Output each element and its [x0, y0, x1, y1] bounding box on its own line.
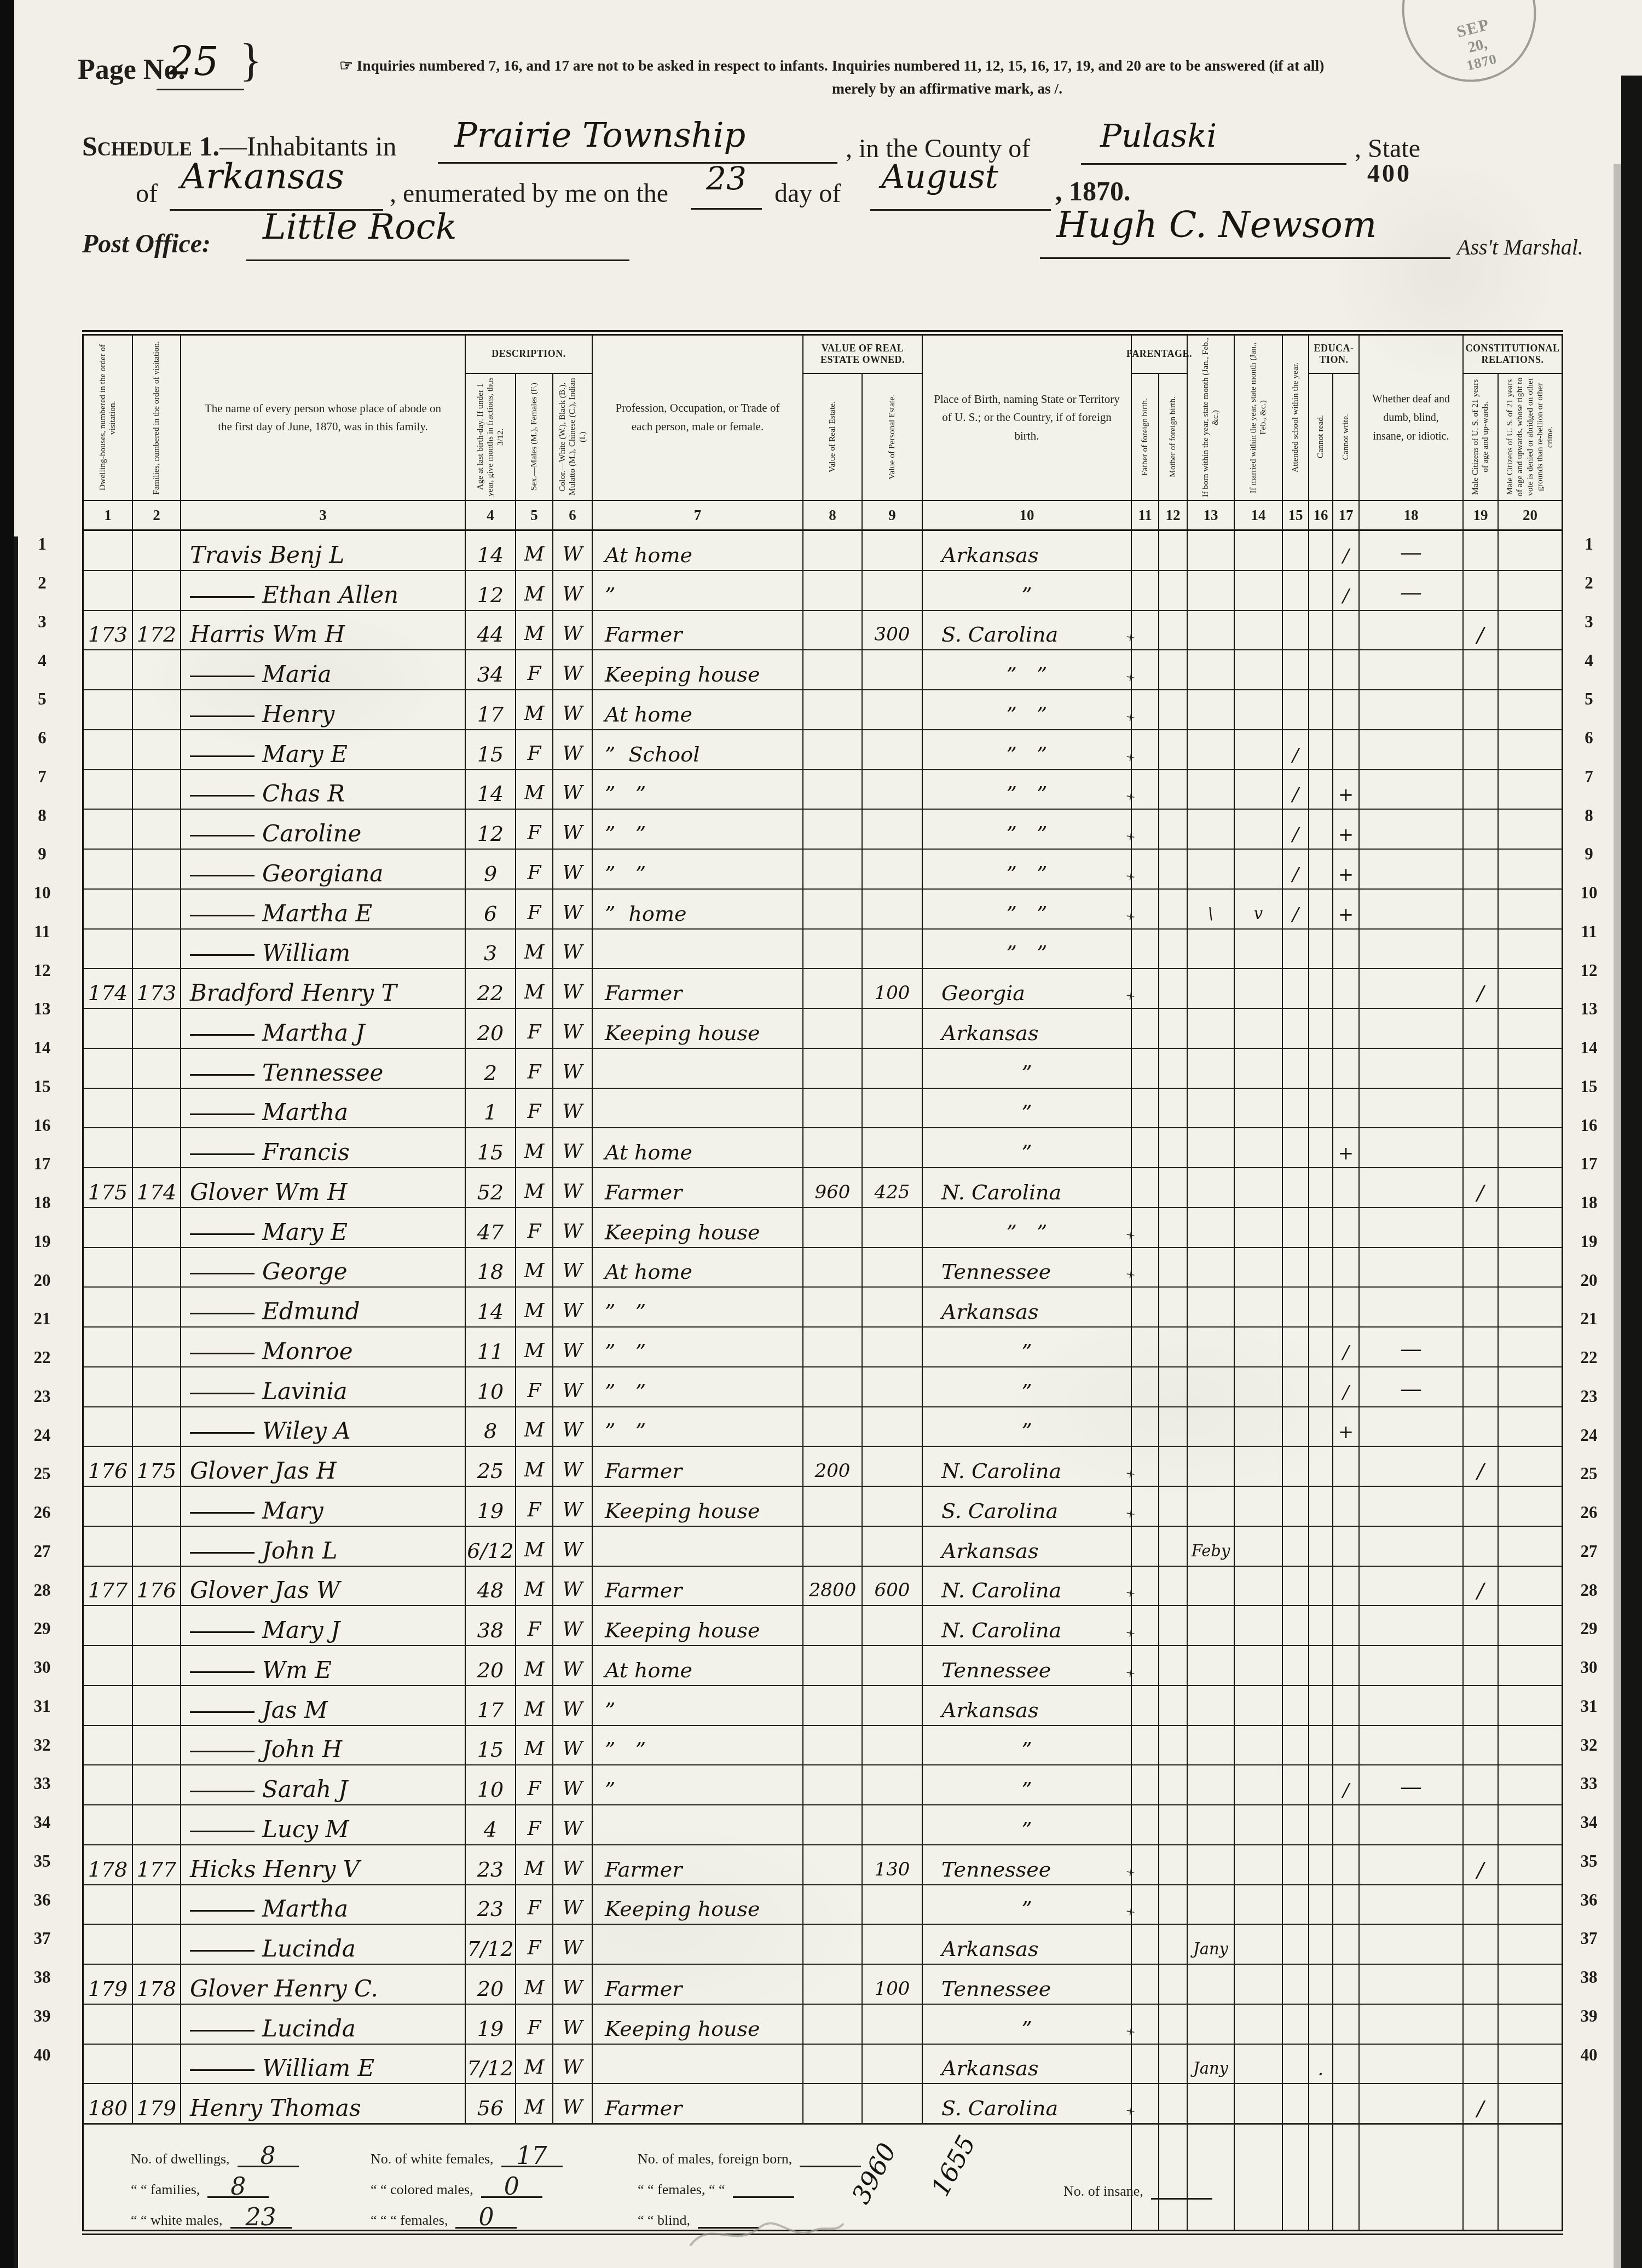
cell-male-citizen-denied: [1498, 571, 1562, 610]
cell-personal-estate: [862, 1765, 922, 1804]
row-number-left: 34: [23, 1813, 61, 1832]
cell-name: Mary E: [180, 730, 465, 769]
cell-attended-school: [1282, 1805, 1308, 1844]
col-header-dwellings: Dwelling-houses, numbered in the order o…: [84, 336, 132, 500]
cell-dwelling: [84, 1726, 132, 1765]
cell-personal-estate: [862, 1646, 922, 1685]
row-number-left: 25: [23, 1464, 61, 1484]
cell-cannot-write: +: [1332, 890, 1358, 928]
cell-male-citizen: [1462, 1407, 1498, 1446]
cell-birthplace: ” ”+: [922, 690, 1131, 729]
column-number: 18: [1358, 501, 1462, 529]
cell-male-citizen: [1462, 2045, 1498, 2084]
column-number: 8: [802, 501, 862, 529]
cell-cannot-read: [1308, 770, 1332, 809]
cell-married-month: [1234, 2005, 1282, 2044]
cell-personal-estate: 100: [862, 969, 922, 1008]
cell-dwelling: [84, 1049, 132, 1088]
cell-dwelling: [84, 690, 132, 729]
ditto-dash: [190, 596, 255, 598]
cell-married-month: [1234, 930, 1282, 968]
cell-sex: M: [515, 1328, 552, 1366]
footer-tally-value: 8: [230, 2180, 246, 2194]
cell-mother-foreign: [1158, 531, 1187, 570]
cell-family: [132, 690, 180, 729]
cell-age: 2: [465, 1049, 515, 1088]
cell-name: Georgiana: [180, 850, 465, 888]
cell-mother-foreign: [1158, 1328, 1187, 1366]
cell-cannot-write: [1332, 1288, 1358, 1326]
cell-mother-foreign: [1158, 1965, 1187, 2004]
cell-birthplace: ”: [922, 1128, 1131, 1167]
table-row: William E7/12MWArkansasJany.: [84, 2045, 1562, 2085]
table-row: Lucy M4FW”: [84, 1805, 1562, 1845]
cell-color: W: [552, 770, 592, 809]
cell-dwelling: [84, 1805, 132, 1844]
ditto-dash: [190, 954, 255, 956]
cell-attended-school: /: [1282, 770, 1308, 809]
cell-cannot-write: +: [1332, 1128, 1358, 1167]
cell-father-foreign: [1131, 930, 1158, 968]
cell-name: Travis Benj L: [180, 531, 465, 570]
cell-born-month: [1187, 2005, 1234, 2044]
row-number-right: 21: [1570, 1309, 1608, 1329]
cell-father-foreign: [1131, 1288, 1158, 1326]
cell-personal-estate: [862, 770, 922, 809]
cell-family: 173: [132, 969, 180, 1008]
row-number-left: 26: [23, 1503, 61, 1522]
cell-cannot-write: [1332, 1726, 1358, 1765]
cell-male-citizen: [1462, 1248, 1498, 1287]
cell-sex: M: [515, 1726, 552, 1765]
footer-tally-item: “ “ families,8: [131, 2167, 366, 2198]
cell-male-citizen: [1462, 571, 1498, 610]
ditto-dash: [190, 1950, 255, 1952]
footer-col: [1462, 2125, 1498, 2230]
row-number-right: 13: [1570, 999, 1608, 1019]
cell-personal-estate: [862, 2005, 922, 2044]
cell-personal-estate: [862, 1288, 922, 1326]
cell-birthplace: ”: [922, 1367, 1131, 1406]
cell-sex: M: [515, 1407, 552, 1446]
cell-sex: M: [515, 1567, 552, 1606]
row-number-right: 31: [1570, 1696, 1608, 1716]
col-header-attended-school: Attended school within the year.: [1282, 336, 1308, 500]
column-number: 2: [132, 501, 180, 529]
row-number-right: 9: [1570, 844, 1608, 864]
cell-born-month: [1187, 1288, 1234, 1326]
cell-married-month: [1234, 1805, 1282, 1844]
cell-occupation: Keeping house: [592, 1208, 802, 1247]
cell-dwelling: [84, 2005, 132, 2044]
cell-color: W: [552, 1367, 592, 1406]
row-number-right: 38: [1570, 1967, 1608, 1987]
cell-name: Maria: [180, 650, 465, 689]
cell-attended-school: [1282, 1328, 1308, 1366]
cell-born-month: [1187, 650, 1234, 689]
cell-color: W: [552, 1288, 592, 1326]
cell-sex: F: [515, 1367, 552, 1406]
column-number: 16: [1308, 501, 1332, 529]
cell-married-month: [1234, 850, 1282, 888]
cell-real-estate: [802, 1407, 862, 1446]
footer-tally-item: “ “ colored males,0: [371, 2167, 633, 2198]
cell-color: W: [552, 650, 592, 689]
cell-deaf-dumb: [1358, 1965, 1462, 2004]
cell-dwelling: [84, 1765, 132, 1804]
row-number-left: 7: [23, 767, 61, 787]
cell-born-month: [1187, 2084, 1234, 2123]
row-number-left: 21: [23, 1309, 61, 1329]
cell-personal-estate: [862, 730, 922, 769]
cell-name: Harris Wm H: [180, 611, 465, 650]
cell-cannot-read: [1308, 2084, 1332, 2123]
cell-family: [132, 1805, 180, 1844]
cell-age: 25: [465, 1447, 515, 1486]
ditto-dash: [190, 795, 255, 797]
cell-mother-foreign: [1158, 1089, 1187, 1128]
table-row: 177176Glover Jas W48MWFarmer2800600N. Ca…: [84, 1567, 1562, 1607]
cell-male-citizen-denied: [1498, 1805, 1562, 1844]
cell-family: [132, 1885, 180, 1924]
cell-deaf-dumb: [1358, 1606, 1462, 1645]
cell-mother-foreign: [1158, 1527, 1187, 1566]
footer-tally-label: No. of white females,: [371, 2151, 494, 2167]
cell-cannot-write: [1332, 1845, 1358, 1884]
cell-family: [132, 571, 180, 610]
cell-cannot-write: [1332, 1168, 1358, 1207]
cell-color: W: [552, 1487, 592, 1526]
cell-dwelling: [84, 1527, 132, 1566]
row-number-right: 27: [1570, 1542, 1608, 1561]
cell-name: Lucinda: [180, 2005, 465, 2044]
cell-family: [132, 930, 180, 968]
cell-color: W: [552, 1845, 592, 1884]
cell-cannot-write: /: [1332, 1765, 1358, 1804]
cell-born-month: [1187, 1367, 1234, 1406]
cell-cannot-write: [1332, 2005, 1358, 2044]
cell-sex: M: [515, 1845, 552, 1884]
cell-deaf-dumb: [1358, 1686, 1462, 1725]
cell-occupation: At home: [592, 531, 802, 570]
cell-sex: F: [515, 1487, 552, 1526]
row-number-right: 5: [1570, 689, 1608, 709]
cell-cannot-write: [1332, 1447, 1358, 1486]
cell-dwelling: [84, 890, 132, 928]
cell-color: W: [552, 1527, 592, 1566]
row-number-right: 40: [1570, 2045, 1608, 2065]
cell-personal-estate: [862, 1805, 922, 1844]
cell-attended-school: [1282, 1089, 1308, 1128]
cell-name: Mary: [180, 1487, 465, 1526]
footer-tally-label: No. of dwellings,: [131, 2151, 230, 2167]
cell-cannot-read: [1308, 1288, 1332, 1326]
cell-cannot-read: [1308, 969, 1332, 1008]
row-number-right: 17: [1570, 1154, 1608, 1174]
cell-cannot-read: [1308, 890, 1332, 928]
cell-deaf-dumb: [1358, 1288, 1462, 1326]
cell-male-citizen: [1462, 1805, 1498, 1844]
table-row: Tennessee2FW”: [84, 1049, 1562, 1089]
row-number-right: 1: [1570, 534, 1608, 554]
row-number-right: 12: [1570, 961, 1608, 980]
cell-occupation: ” ”: [592, 1288, 802, 1326]
col-header-real-estate: Value of Real Estate.: [802, 374, 862, 500]
row-number-left: 38: [23, 1967, 61, 1987]
cell-father-foreign: [1131, 1367, 1158, 1406]
cell-color: W: [552, 1805, 592, 1844]
cell-sex: M: [515, 1965, 552, 2004]
cell-family: 175: [132, 1447, 180, 1486]
row-number-right: 14: [1570, 1038, 1608, 1058]
cell-male-citizen: [1462, 810, 1498, 849]
cell-deaf-dumb: —: [1358, 531, 1462, 570]
cell-birthplace: N. Carolina: [922, 1168, 1131, 1207]
cell-married-month: [1234, 1248, 1282, 1287]
cell-attended-school: [1282, 611, 1308, 650]
ditto-dash: [190, 1751, 255, 1752]
cell-name: Hicks Henry V: [180, 1845, 465, 1884]
cell-family: [132, 2045, 180, 2084]
cell-family: [132, 1646, 180, 1685]
cell-mother-foreign: [1158, 890, 1187, 928]
row-number-left: 40: [23, 2045, 61, 2065]
row-number-right: 36: [1570, 1890, 1608, 1910]
cell-color: W: [552, 2084, 592, 2123]
row-number-right: 35: [1570, 1851, 1608, 1871]
cell-birthplace: ”: [922, 1407, 1131, 1446]
ditto-dash: [190, 1393, 255, 1394]
cell-male-citizen: [1462, 1208, 1498, 1247]
cell-dwelling: [84, 1089, 132, 1128]
cell-male-citizen: /: [1462, 1567, 1498, 1606]
col-header-personal-estate: Value of Personal Estate.: [862, 374, 922, 500]
row-number-right: 34: [1570, 1813, 1608, 1832]
cell-personal-estate: [862, 1049, 922, 1088]
cell-family: [132, 890, 180, 928]
cell-male-citizen-denied: [1498, 2084, 1562, 2123]
cell-age: 11: [465, 1328, 515, 1366]
cell-attended-school: [1282, 969, 1308, 1008]
cell-male-citizen: /: [1462, 1447, 1498, 1486]
cell-birthplace: Arkansas: [922, 2045, 1131, 2084]
footer-tally-slot: 8: [207, 2178, 269, 2198]
cell-male-citizen-denied: [1498, 1965, 1562, 2004]
col-header-families: Families, numbered in the order of visit…: [132, 336, 180, 500]
cell-born-month: [1187, 1208, 1234, 1247]
cell-age: 18: [465, 1248, 515, 1287]
cell-born-month: [1187, 1965, 1234, 2004]
cell-deaf-dumb: —: [1358, 1328, 1462, 1366]
cell-real-estate: [802, 1527, 862, 1566]
cell-deaf-dumb: [1358, 1805, 1462, 1844]
cell-male-citizen-denied: [1498, 1447, 1562, 1486]
cell-male-citizen-denied: [1498, 531, 1562, 570]
cell-color: W: [552, 531, 592, 570]
table-row: Ethan Allen12MW””/—: [84, 571, 1562, 611]
cell-sex: F: [515, 1009, 552, 1048]
cell-attended-school: [1282, 1367, 1308, 1406]
cell-occupation: [592, 1527, 802, 1566]
cell-birthplace: ”: [922, 1049, 1131, 1088]
cell-deaf-dumb: [1358, 2045, 1462, 2084]
cell-cannot-read: [1308, 1885, 1332, 1924]
row-number-left: 6: [23, 728, 61, 748]
cell-family: [132, 1527, 180, 1566]
cell-deaf-dumb: [1358, 1845, 1462, 1884]
table-row: Wiley A8MW” ””+: [84, 1407, 1562, 1447]
cell-father-foreign: [1131, 1527, 1158, 1566]
cell-family: [132, 730, 180, 769]
cell-born-month: [1187, 1009, 1234, 1048]
cell-dwelling: [84, 930, 132, 968]
cell-male-citizen: [1462, 730, 1498, 769]
cell-family: [132, 1009, 180, 1048]
cell-cannot-read: [1308, 1168, 1332, 1207]
cell-male-citizen-denied: [1498, 611, 1562, 650]
cell-born-month: [1187, 810, 1234, 849]
cell-born-month: [1187, 1447, 1234, 1486]
cell-color: W: [552, 1447, 592, 1486]
cell-male-citizen: [1462, 1726, 1498, 1765]
cell-personal-estate: [862, 1686, 922, 1725]
cell-sex: M: [515, 2084, 552, 2123]
cell-attended-school: [1282, 1965, 1308, 2004]
cell-cannot-write: +: [1332, 770, 1358, 809]
cell-birthplace: ” ”: [922, 930, 1131, 968]
cell-family: [132, 1128, 180, 1167]
cell-attended-school: [1282, 690, 1308, 729]
cell-born-month: [1187, 1487, 1234, 1526]
cell-married-month: [1234, 1845, 1282, 1884]
table-row: Lucinda7/12FWArkansasJany: [84, 1925, 1562, 1965]
cell-name: Bradford Henry T: [180, 969, 465, 1008]
cell-dwelling: 178: [84, 1845, 132, 1884]
row-number-right: 33: [1570, 1774, 1608, 1793]
row-number-left: 39: [23, 2006, 61, 2026]
cell-real-estate: [802, 1646, 862, 1685]
cell-age: 6/12: [465, 1527, 515, 1566]
table-rows: Travis Benj L14MWAt homeArkansas/—Ethan …: [84, 531, 1562, 2124]
cell-sex: M: [515, 1686, 552, 1725]
cell-color: W: [552, 1128, 592, 1167]
cell-occupation: Farmer: [592, 1845, 802, 1884]
cell-married-month: [1234, 690, 1282, 729]
footer-tally-item: No. of dwellings,8: [131, 2137, 366, 2167]
cell-age: 12: [465, 571, 515, 610]
cell-name: George: [180, 1248, 465, 1287]
cell-name: Mary E: [180, 1208, 465, 1247]
table-row: Francis15MWAt home”+: [84, 1128, 1562, 1168]
cell-male-citizen-denied: [1498, 850, 1562, 888]
table-row: 179178Glover Henry C.20MWFarmer100Tennes…: [84, 1965, 1562, 2005]
cell-cannot-read: [1308, 1407, 1332, 1446]
cell-sex: M: [515, 1288, 552, 1326]
cell-name: Jas M: [180, 1686, 465, 1725]
cell-occupation: ” School: [592, 730, 802, 769]
cell-real-estate: [802, 1487, 862, 1526]
cell-birthplace: N. Carolina+: [922, 1567, 1131, 1606]
cell-sex: F: [515, 810, 552, 849]
cell-father-foreign: [1131, 1328, 1158, 1366]
cell-male-citizen-denied: [1498, 1527, 1562, 1566]
cell-cannot-read: [1308, 730, 1332, 769]
cell-personal-estate: [862, 1487, 922, 1526]
cell-personal-estate: [862, 1128, 922, 1167]
row-number-left: 1: [23, 534, 61, 554]
cell-male-citizen-denied: [1498, 2045, 1562, 2084]
cell-age: 7/12: [465, 2045, 515, 2084]
cell-occupation: Keeping house: [592, 1487, 802, 1526]
row-number-left: 33: [23, 1774, 61, 1793]
cell-male-citizen-denied: [1498, 1407, 1562, 1446]
cell-birthplace: ”: [922, 1726, 1131, 1765]
pencil-mark: [684, 2209, 848, 2258]
footer-tally-value: 0: [478, 2211, 494, 2225]
row-number-right: 37: [1570, 1929, 1608, 1948]
cell-real-estate: [802, 611, 862, 650]
cell-cannot-write: [1332, 1686, 1358, 1725]
cell-male-citizen-denied: [1498, 930, 1562, 968]
cell-deaf-dumb: [1358, 1646, 1462, 1685]
cell-married-month: [1234, 1487, 1282, 1526]
cell-dwelling: 175: [84, 1168, 132, 1207]
cell-family: [132, 770, 180, 809]
cell-cannot-read: [1308, 1686, 1332, 1725]
cell-family: [132, 1487, 180, 1526]
post-office-label: Post Office:: [82, 229, 211, 259]
group-header-education: EDUCA-TION.: [1308, 336, 1358, 374]
row-number-left: 23: [23, 1387, 61, 1406]
footer-tally-label: “ “ blind,: [638, 2212, 690, 2229]
cell-male-citizen: /: [1462, 969, 1498, 1008]
cell-mother-foreign: [1158, 1407, 1187, 1446]
footer-tally-slot: 8: [238, 2147, 299, 2167]
cell-age: 23: [465, 1885, 515, 1924]
cell-male-citizen: [1462, 1765, 1498, 1804]
cell-personal-estate: [862, 1248, 922, 1287]
footer-tally-slot: 0: [455, 2208, 517, 2229]
cell-color: W: [552, 2045, 592, 2084]
cell-mother-foreign: [1158, 1049, 1187, 1088]
table-row: Mary E47FWKeeping house” ”+: [84, 1208, 1562, 1248]
cell-name: Ethan Allen: [180, 571, 465, 610]
cell-cannot-read: [1308, 531, 1332, 570]
cell-real-estate: [802, 1288, 862, 1326]
cell-color: W: [552, 1248, 592, 1287]
cell-father-foreign: [1131, 1726, 1158, 1765]
cell-cannot-read: [1308, 1845, 1332, 1884]
column-number: 3: [180, 501, 465, 529]
cell-male-citizen-denied: [1498, 1049, 1562, 1088]
cell-dwelling: [84, 650, 132, 689]
table-row: Mary J38FWKeeping houseN. Carolina+: [84, 1606, 1562, 1646]
row-number-left: 15: [23, 1077, 61, 1097]
cell-sex: F: [515, 1049, 552, 1088]
cell-age: 19: [465, 2005, 515, 2044]
cell-cannot-write: [1332, 1965, 1358, 2004]
cell-born-month: [1187, 531, 1234, 570]
cell-birthplace: ” ”+: [922, 810, 1131, 849]
cell-dwelling: [84, 1128, 132, 1167]
cell-sex: F: [515, 730, 552, 769]
cell-sex: M: [515, 571, 552, 610]
cell-mother-foreign: [1158, 2084, 1187, 2123]
cell-color: W: [552, 1089, 592, 1128]
footer-col: [1234, 2125, 1282, 2230]
cell-dwelling: [84, 1288, 132, 1326]
cell-age: 14: [465, 531, 515, 570]
